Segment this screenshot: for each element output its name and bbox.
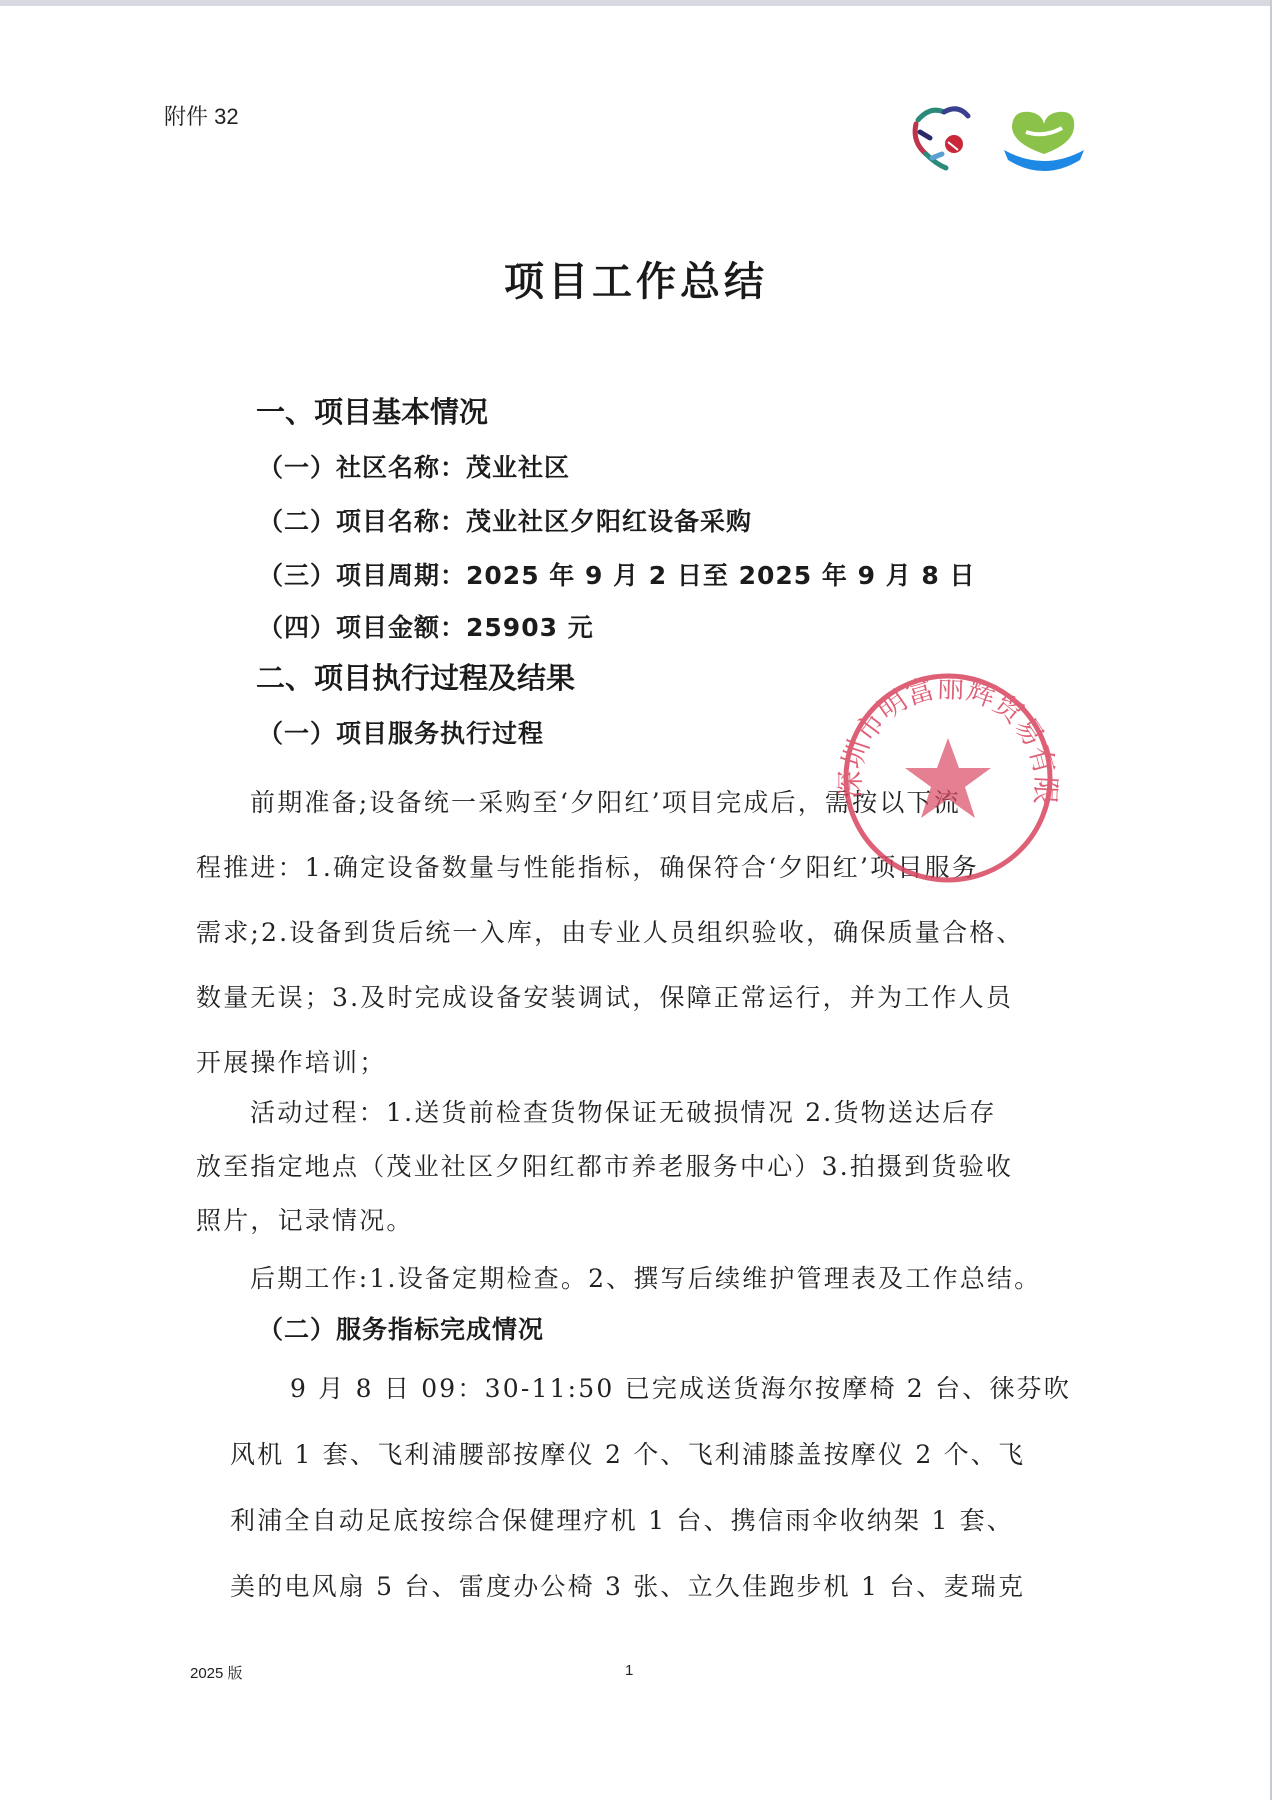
paragraph-followup: 后期工作:1.设备定期检查。2、撰写后续维护管理表及工作总结。 (196, 1252, 1076, 1306)
info-label: （二）项目名称： (258, 507, 466, 536)
info-project-amount: （四）项目金额：25903 元 (258, 608, 594, 644)
party-heart-logo-icon (908, 98, 1098, 178)
text-line: 需求;2.设备到货后统一入库，由专业人员组织验收，确保质量合格、 (196, 900, 1076, 965)
text-line: 后期工作:1.设备定期检查。2、撰写后续维护管理表及工作总结。 (196, 1252, 1076, 1306)
paragraph-indicators: 9 月 8 日 09：30-11:50 已完成送货海尔按摩椅 2 台、徕芬吹 风… (230, 1356, 1076, 1620)
footer-page-number: 1 (625, 1662, 633, 1679)
subsection-heading-process: （一）项目服务执行过程 (258, 714, 544, 750)
scan-edge-top (0, 0, 1272, 6)
text-line: 风机 1 套、飞利浦腰部按摩仪 2 个、飞利浦膝盖按摩仪 2 个、飞 (230, 1422, 1076, 1488)
text-line: 前期准备;设备统一采购至‘夕阳红’项目完成后，需按以下流 (196, 770, 1076, 835)
info-community-name: （一）社区名称：茂业社区 (258, 448, 570, 484)
text-line: 9 月 8 日 09：30-11:50 已完成送货海尔按摩椅 2 台、徕芬吹 (230, 1356, 1076, 1422)
paragraph-activity: 活动过程：1.送货前检查货物保证无破损情况 2.货物送达后存 放至指定地点（茂业… (196, 1086, 1076, 1248)
info-label: （一）社区名称： (258, 453, 466, 482)
text-line: 程推进：1.确定设备数量与性能指标，确保符合‘夕阳红’项目服务 (196, 835, 1076, 900)
green-heart-hands-logo-icon (1004, 112, 1084, 171)
info-label: （四）项目金额： (258, 613, 466, 642)
text-line: 数量无误；3.及时完成设备安装调试，保障正常运行，并为工作人员 (196, 965, 1076, 1030)
info-value: 25903 元 (466, 613, 594, 642)
attachment-label: 附件 32 (164, 100, 239, 131)
text-line: 放至指定地点（茂业社区夕阳红都市养老服务中心）3.拍摄到货验收 (196, 1140, 1076, 1194)
section-heading-execution: 二、项目执行过程及结果 (256, 656, 575, 697)
paragraph-preparation: 前期准备;设备统一采购至‘夕阳红’项目完成后，需按以下流 程推进：1.确定设备数… (196, 770, 1076, 1095)
info-project-name: （二）项目名称：茂业社区夕阳红设备采购 (258, 502, 752, 538)
header-logos (908, 98, 1098, 178)
footer-version: 2025 版 (190, 1662, 243, 1683)
section-heading-basic-info: 一、项目基本情况 (256, 390, 488, 431)
info-value: 2025 年 9 月 2 日至 2025 年 9 月 8 日 (466, 561, 975, 590)
info-label: （三）项目周期： (258, 561, 466, 590)
document-title: 项目工作总结 (0, 250, 1272, 307)
text-line: 活动过程：1.送货前检查货物保证无破损情况 2.货物送达后存 (196, 1086, 1076, 1140)
info-value: 茂业社区夕阳红设备采购 (466, 507, 752, 536)
info-project-period: （三）项目周期：2025 年 9 月 2 日至 2025 年 9 月 8 日 (258, 556, 976, 592)
text-line: 利浦全自动足底按综合保健理疗机 1 台、携信雨伞收纳架 1 套、 (230, 1488, 1076, 1554)
info-value: 茂业社区 (466, 453, 570, 482)
subsection-heading-indicators: （二）服务指标完成情况 (258, 1310, 544, 1346)
text-line: 照片，记录情况。 (196, 1194, 1076, 1248)
text-line: 美的电风扇 5 台、雷度办公椅 3 张、立久佳跑步机 1 台、麦瑞克 (230, 1554, 1076, 1620)
